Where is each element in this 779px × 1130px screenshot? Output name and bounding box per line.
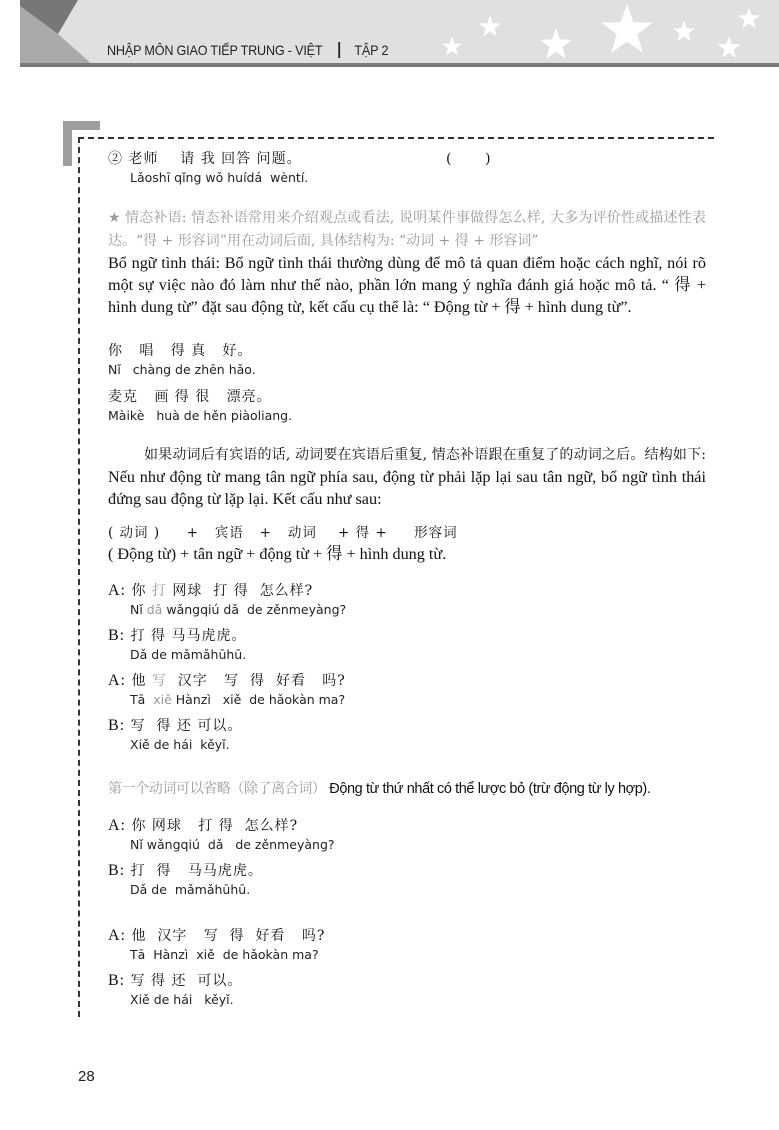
structure-chinese: ( 动词 ) + 宾语 + 动词 + 得 + 形容词 (108, 523, 458, 543)
exercise-sentence: ② 老师 请 我 回答 问题。( ) (108, 149, 308, 169)
dialogue-line: A: 你 打 网球 打 得 怎么样? Nǐ dǎ wǎngqiú dǎ de z… (108, 581, 346, 618)
dialogue-chinese-highlight: 打 (152, 583, 167, 599)
dialogue-pinyin: Xiě de hái kěyǐ. (108, 991, 335, 1008)
example-group: 你 唱 得 真 好。 Nǐ chàng de zhēn hǎo. 麦克 画 得 … (108, 341, 292, 424)
speaker-label: A: (108, 817, 126, 834)
omission-note-vietnamese: Động từ thứ nhất có thể lược bỏ (trừ độn… (329, 781, 650, 797)
dialogue-pinyin: Tā Hànzì xiě de hǎokàn ma? (108, 946, 335, 963)
dialogue-line: B: 写 得 还 可以。 Xiě de hái kěyǐ. (108, 716, 346, 753)
speaker-label: B: (108, 862, 125, 879)
dialogue-pinyin: Xiě de hái kěyǐ. (108, 736, 346, 753)
omission-note-chinese: 第一个动词可以省略（除了离合词） (108, 781, 326, 797)
exercise-number: ② (108, 151, 123, 167)
dialogue-line: B: 打 得 马马虎虎。 Dǎ de mǎmǎhūhū. (108, 861, 335, 898)
volume-label: TẬP 2 (354, 42, 388, 58)
speaker-label: B: (108, 972, 125, 989)
dialogue-chinese: 他 (131, 673, 151, 689)
object-rule-chinese: 如果动词后有宾语的话, 动词要在宾语后重复, 情态补语跟在重复了的动词之后。结构… (144, 447, 706, 463)
structure-vietnamese: ( Động từ) + tân ngữ + động từ + 得 + hìn… (108, 543, 458, 565)
dialogue-pinyin: Hànzì xiě de hǎokàn ma? (172, 692, 345, 707)
speaker-label: A: (108, 927, 126, 944)
dialogue-pinyin-highlight: dǎ (147, 602, 163, 617)
dialogue-chinese: 写 得 还 可以。 (131, 973, 243, 989)
grammar-note-chinese: 情态补语: 情态补语常用来介绍观点或看法, 说明某件事做得怎么样, 大多为评价性… (108, 210, 706, 249)
running-header: NHẬP MÔN GIAO TIẾP TRUNG - VIỆTTẬP 2 (107, 42, 388, 58)
dialogue-pinyin: Dǎ de mǎmǎhūhū. (108, 881, 335, 898)
example-chinese: 你 唱 得 真 好。 (108, 341, 292, 361)
dialogue-pinyin: Nǐ (130, 602, 147, 617)
object-rule-vietnamese: Nếu như động từ mang tân ngữ phía sau, đ… (108, 468, 706, 508)
header-separator (339, 42, 340, 58)
dialogue-chinese: 汉字 写 得 好看 吗? (167, 673, 346, 689)
dialogue-pinyin-highlight: xiě (153, 692, 172, 707)
star-icon: ★ (108, 210, 121, 226)
dialogue-group-omitted: A: 你 网球 打 得 怎么样? Nǐ wǎngqiú dǎ de zěnmey… (108, 816, 335, 1008)
dialogue-line: A: 他 写 汉字 写 得 好看 吗? Tā xiě Hànzì xiě de … (108, 671, 346, 708)
dialogue-chinese: 他 汉字 写 得 好看 吗? (131, 928, 325, 944)
speaker-label: B: (108, 627, 125, 644)
dialogue-line: A: 你 网球 打 得 怎么样? Nǐ wǎngqiú dǎ de zěnmey… (108, 816, 335, 853)
example-chinese: 麦克 画 得 很 漂亮。 (108, 387, 292, 407)
dialogue-pinyin: Tā (130, 692, 153, 707)
example-pinyin: Màikè huà de hěn piàoliang. (108, 407, 292, 424)
structure-formula: ( 动词 ) + 宾语 + 动词 + 得 + 形容词 ( Động từ) + … (108, 523, 458, 565)
object-rule: 如果动词后有宾语的话, 动词要在宾语后重复, 情态补语跟在重复了的动词之后。结构… (108, 443, 706, 510)
frame-corner-accent-vertical (63, 121, 72, 166)
header-rule (20, 63, 779, 67)
dialogue-pinyin: Nǐ wǎngqiú dǎ de zěnmeyàng? (108, 836, 335, 853)
header-corner-decoration (20, 0, 100, 67)
page-number: 28 (78, 1068, 95, 1085)
dialogue-line: B: 写 得 还 可以。 Xiě de hái kěyǐ. (108, 971, 335, 1008)
dialogue-line: A: 他 汉字 写 得 好看 吗? Tā Hànzì xiě de hǎokàn… (108, 926, 335, 963)
dialogue-pinyin: wǎngqiú dǎ de zěnmeyàng? (162, 602, 346, 617)
dialogue-chinese: 你 (131, 583, 151, 599)
answer-blank: ( ) (446, 149, 492, 169)
exercise-item: ② 老师 请 我 回答 问题。( ) Lǎoshī qǐng wǒ huídá … (108, 149, 308, 186)
dialogue-chinese: 打 得 马马虎虎。 (131, 628, 247, 644)
speaker-label: A: (108, 672, 126, 689)
dialogue-chinese: 网球 打 得 怎么样? (167, 583, 313, 599)
grammar-note-vietnamese: Bổ ngữ tình thái: Bổ ngữ tình thái thườn… (108, 254, 706, 316)
exercise-pinyin: Lǎoshī qǐng wǒ huídá wèntí. (108, 169, 308, 186)
dialogue-chinese-highlight: 写 (152, 673, 167, 689)
exercise-chinese: 老师 请 我 回答 问题。 (128, 151, 301, 167)
stars-decoration-icon (430, 0, 779, 63)
dialogue-chinese: 你 网球 打 得 怎么样? (131, 818, 298, 834)
omission-note: 第一个动词可以省略（除了离合词） Động từ thứ nhất có thể… (108, 778, 650, 798)
dashed-frame-top (78, 137, 714, 139)
book-title: NHẬP MÔN GIAO TIẾP TRUNG - VIỆT (107, 42, 322, 58)
grammar-note: ★ 情态补语: 情态补语常用来介绍观点或看法, 说明某件事做得怎么样, 大多为评… (108, 206, 706, 318)
example-pinyin: Nǐ chàng de zhēn hǎo. (108, 361, 292, 378)
dialogue-pinyin: Dǎ de mǎmǎhūhū. (108, 646, 346, 663)
dialogue-chinese: 写 得 还 可以。 (131, 718, 243, 734)
dashed-frame-left (78, 137, 80, 1017)
dialogue-chinese: 打 得 马马虎虎。 (131, 863, 263, 879)
speaker-label: B: (108, 717, 125, 734)
speaker-label: A: (108, 582, 126, 599)
dialogue-line: B: 打 得 马马虎虎。 Dǎ de mǎmǎhūhū. (108, 626, 346, 663)
dialogue-group: A: 你 打 网球 打 得 怎么样? Nǐ dǎ wǎngqiú dǎ de z… (108, 581, 346, 753)
